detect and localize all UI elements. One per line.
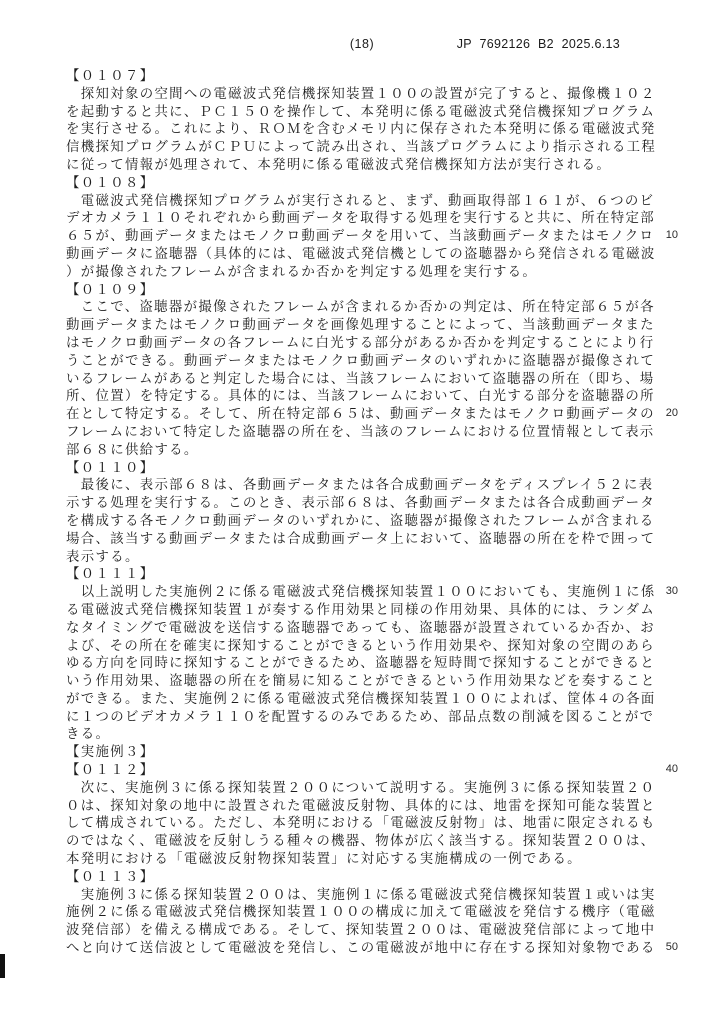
body-line: 場合、該当する動画データまたは合成動画データ上において、盗聴器の所在を枠で囲って: [66, 530, 666, 548]
body-line: 次に、実施例３に係る探知装置２００について説明する。実施例３に係る探知装置２０: [66, 779, 666, 797]
line-number: 30: [666, 583, 678, 601]
body-line: 動画データに盗聴器（具体的には、電磁波式発信機としての盗聴器から発信される電磁波: [66, 245, 666, 263]
body-line: 【０１０９】: [66, 281, 666, 299]
body-line: を起動すると共に、ＰＣ１５０を操作して、本発明に係る電磁波式発信機探知プログラム: [66, 103, 666, 121]
body-line: きる。: [66, 725, 666, 743]
body-line: を構成する各モノクロ動画データのいずれかに、盗聴器が撮像されたフレームが含まれる: [66, 512, 666, 530]
body-line: 【実施例３】: [66, 743, 666, 761]
body-line: 本発明における「電磁波反射物探知装置」に対応する実施構成の一例である。: [66, 850, 666, 868]
body-line: に１つのビデオカメラ１１０を配置するのみであるため、部品点数の削減を図ることがで: [66, 708, 666, 726]
body-line: 【０１０７】: [66, 67, 666, 85]
body-line: 動画データまたはモノクロ動画データを画像処理することによって、当該動画データまた: [66, 316, 666, 334]
body-line: 電磁波式発信機探知プログラムが実行されると、まず、動画取得部１６１が、６つのビ: [66, 192, 666, 210]
scan-artifact: [0, 954, 5, 978]
body-line: いるフレームがあると判定した場合には、当該フレームにおいて盗聴器の所在（即ち、場: [66, 370, 666, 388]
body-line: 波発信部）を備える構成である。そして、探知装置２００は、電磁波発信部によって地中: [66, 921, 666, 939]
body-line: デオカメラ１１０それぞれから動画データを取得する処理を実行すると共に、所在特定部: [66, 209, 666, 227]
body-line: よび、その所在を確実に探知することができるという作用効果や、探知対象の空間のあら: [66, 637, 666, 655]
body-line: して構成されている。ただし、本発明における「電磁波反射物」は、地雷に限定されるも: [66, 814, 666, 832]
body-line: 実施例３に係る探知装置２００は、実施例１に係る電磁波式発信機探知装置１或いは実: [66, 886, 666, 904]
body-line: 【０１１０】: [66, 459, 666, 477]
line-number: 20: [666, 405, 678, 423]
body-line: 所、位置）を特定する。具体的には、当該フレームにおいて、白光する部分を盗聴器の所: [66, 387, 666, 405]
body-line: 探知対象の空間への電磁波式発信機探知装置１００の設置が完了すると、撮像機１０２: [66, 85, 666, 103]
line-number: 40: [666, 761, 678, 779]
body-line: ）が撮像されたフレームが含まれるか否かを判定する処理を実行する。: [66, 263, 666, 281]
body-line: 示する処理を実行する。このとき、表示部６８は、各動画データまたは各合成動画データ: [66, 494, 666, 512]
body-line: る電磁波式発信機探知装置１が奏する作用効果と同様の作用効果、具体的には、ランダム: [66, 601, 666, 619]
line-number: 10: [666, 227, 678, 245]
body-line: ができる。また、実施例２に係る電磁波式発信機探知装置１００によれば、筐体４の各面: [66, 690, 666, 708]
body-line: へと向けて送信波として電磁波を発信し、この電磁波が地中に存在する探知対象物である: [66, 939, 666, 957]
body-line: 表示する。: [66, 548, 666, 566]
body-line: 【０１０８】: [66, 174, 666, 192]
line-numbers: 1020304050: [652, 67, 678, 967]
body-line: ６５が、動画データまたはモノクロ動画データを用いて、当該動画データまたはモノクロ: [66, 227, 666, 245]
body-line: なタイミングで電磁波を送信する盗聴器であっても、盗聴器が設置されているか否か、お: [66, 619, 666, 637]
body-line: 最後に、表示部６８は、各動画データまたは各合成動画データをディスプレイ５２に表: [66, 476, 666, 494]
body-line: 【０１１１】: [66, 565, 666, 583]
body-line: いう作用効果、盗聴器の所在を簡易に知ることができるという作用効果などを奏すること: [66, 672, 666, 690]
body-line: 部６８に供給する。: [66, 441, 666, 459]
body-line: 信機探知プログラムがＣＰＵによって読み出され、当該プログラムにより指示される工程: [66, 138, 666, 156]
patent-document-page: (18) JP 7692126 B2 2025.6.13 【０１０７】 探知対象…: [0, 0, 724, 1024]
body-line: ここで、盗聴器が撮像されたフレームが含まれるか否かの判定は、所在特定部６５が各: [66, 298, 666, 316]
body-line: うことができる。動画データまたはモノクロ動画データのいずれかに盗聴器が撮像されて: [66, 352, 666, 370]
body-line: はモノクロ動画データの各フレームに白光する部分があるか否かを判定することにより行: [66, 334, 666, 352]
body-line: を実行させる。これにより、ＲＯＭを含むメモリ内に保存された本発明に係る電磁波式発: [66, 120, 666, 138]
body-line: のではなく、電磁波を反射しうる種々の機器、物体が広く該当する。探知装置２００は、: [66, 832, 666, 850]
body-line: に従って情報が処理されて、本発明に係る電磁波式発信機探知方法が実行される。: [66, 156, 666, 174]
body-lines: 【０１０７】 探知対象の空間への電磁波式発信機探知装置１００の設置が完了すると、…: [66, 67, 666, 957]
body-line: 【０１１２】: [66, 761, 666, 779]
publication-number: JP 7692126 B2 2025.6.13: [0, 37, 620, 51]
body-line: フレームにおいて特定した盗聴器の所在を、当該のフレームにおける位置情報として表示: [66, 423, 666, 441]
body-line: 【０１１３】: [66, 868, 666, 886]
line-number: 50: [666, 939, 678, 957]
body-line: 在として特定する。そして、所在特定部６５は、動画データまたはモノクロ動画データの: [66, 405, 666, 423]
body-line: 施例２に係る電磁波式発信機探知装置１００の構成に加えて電磁波を発信する機序（電磁: [66, 903, 666, 921]
body-line: ０は、探知対象の地中に設置された電磁波反射物、具体的には、地雷を探知可能な装置と: [66, 797, 666, 815]
body-line: 以上説明した実施例２に係る電磁波式発信機探知装置１００においても、実施例１に係: [66, 583, 666, 601]
body-line: ゆる方向を同時に探知することができるため、盗聴器を短時間で探知することができると: [66, 654, 666, 672]
